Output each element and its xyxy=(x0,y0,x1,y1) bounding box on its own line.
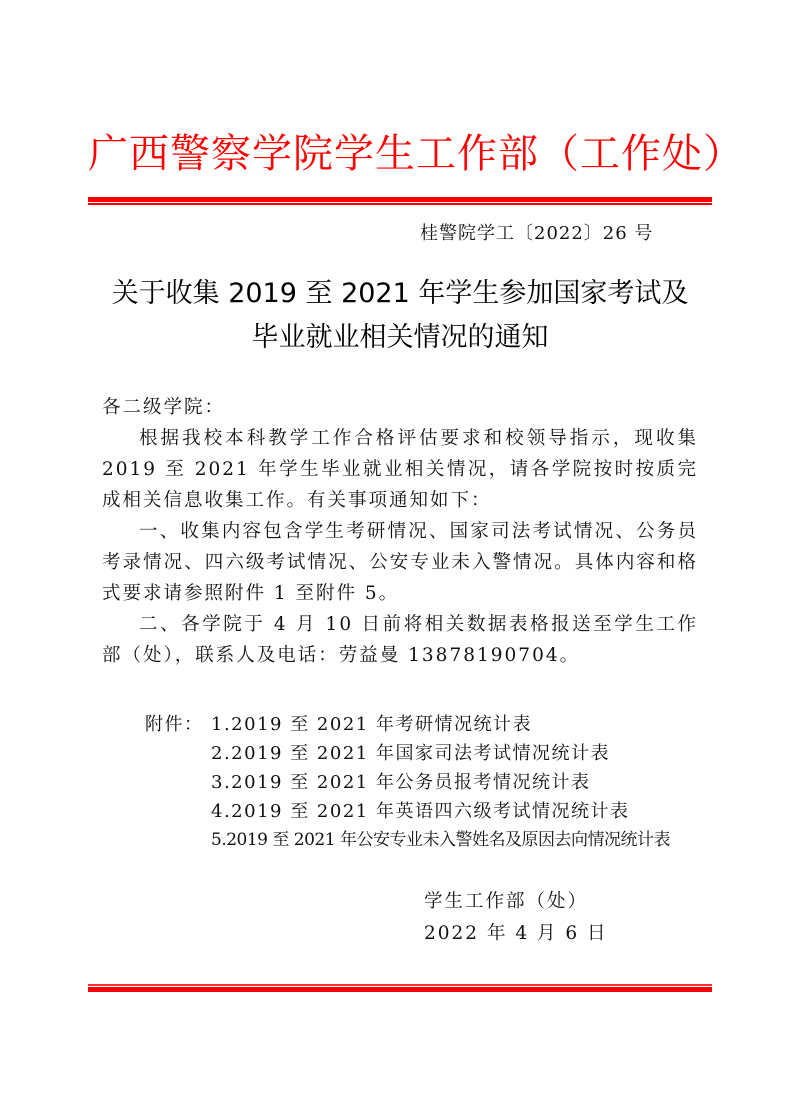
document-page: 广西警察学院学生工作部（工作处） 桂警院学工〔2022〕26 号 关于收集 20… xyxy=(0,0,794,1108)
attachment-row: 附件： 1.2019 至 2021 年考研情况统计表 xyxy=(145,710,705,739)
attachment-item: 3.2019 至 2021 年公务员报考情况统计表 xyxy=(211,768,590,797)
paragraph-item-1: 一、收集内容包含学生考研情况、国家司法考试情况、公务员考录情况、四六级考试情况、… xyxy=(102,516,698,609)
document-title-line-2: 毕业就业相关情况的通知 xyxy=(90,316,710,360)
salutation: 各二级学院： xyxy=(102,392,698,423)
document-number: 桂警院学工〔2022〕26 号 xyxy=(420,220,680,248)
attachment-item: 2.2019 至 2021 年国家司法考试情况统计表 xyxy=(211,739,610,768)
red-rule-thin xyxy=(88,984,712,986)
attachment-item: 4.2019 至 2021 年英语四六级考试情况统计表 xyxy=(211,797,629,826)
red-rule-thin xyxy=(88,203,712,205)
signature-block: 学生工作部（处） 2022 年 4 月 6 日 xyxy=(424,886,684,950)
letterhead-title: 广西警察学院学生工作部（工作处） xyxy=(88,124,712,184)
red-rule-thick xyxy=(88,197,712,202)
attachment-item: 5.2019 至 2021 年公安专业未入警姓名及原因去向情况统计表 xyxy=(211,826,670,855)
letterhead-red-rule xyxy=(88,196,712,206)
attachments-label: 附件： xyxy=(145,710,211,739)
attachment-row: 3.2019 至 2021 年公务员报考情况统计表 xyxy=(145,768,705,797)
paragraph-intro: 根据我校本科教学工作合格评估要求和校领导指示，现收集 2019 至 2021 年… xyxy=(102,423,698,516)
attachment-item: 1.2019 至 2021 年考研情况统计表 xyxy=(211,710,532,739)
attachment-row: 4.2019 至 2021 年英语四六级考试情况统计表 xyxy=(145,797,705,826)
footer-red-rule xyxy=(88,983,712,993)
document-title-line-1: 关于收集 2019 至 2021 年学生参加国家考试及 xyxy=(90,272,710,316)
document-title: 关于收集 2019 至 2021 年学生参加国家考试及 毕业就业相关情况的通知 xyxy=(90,272,710,360)
attachment-row: 5.2019 至 2021 年公安专业未入警姓名及原因去向情况统计表 xyxy=(145,826,705,855)
signature-date: 2022 年 4 月 6 日 xyxy=(424,918,684,950)
attachments-list: 附件： 1.2019 至 2021 年考研情况统计表 2.2019 至 2021… xyxy=(145,710,705,855)
paragraph-item-2: 二、各学院于 4 月 10 日前将相关数据表格报送至学生工作部（处），联系人及电… xyxy=(102,609,698,671)
red-rule-thick xyxy=(88,987,712,992)
document-body: 各二级学院： 根据我校本科教学工作合格评估要求和校领导指示，现收集 2019 至… xyxy=(102,392,698,671)
attachment-row: 2.2019 至 2021 年国家司法考试情况统计表 xyxy=(145,739,705,768)
signature-department: 学生工作部（处） xyxy=(424,886,684,918)
